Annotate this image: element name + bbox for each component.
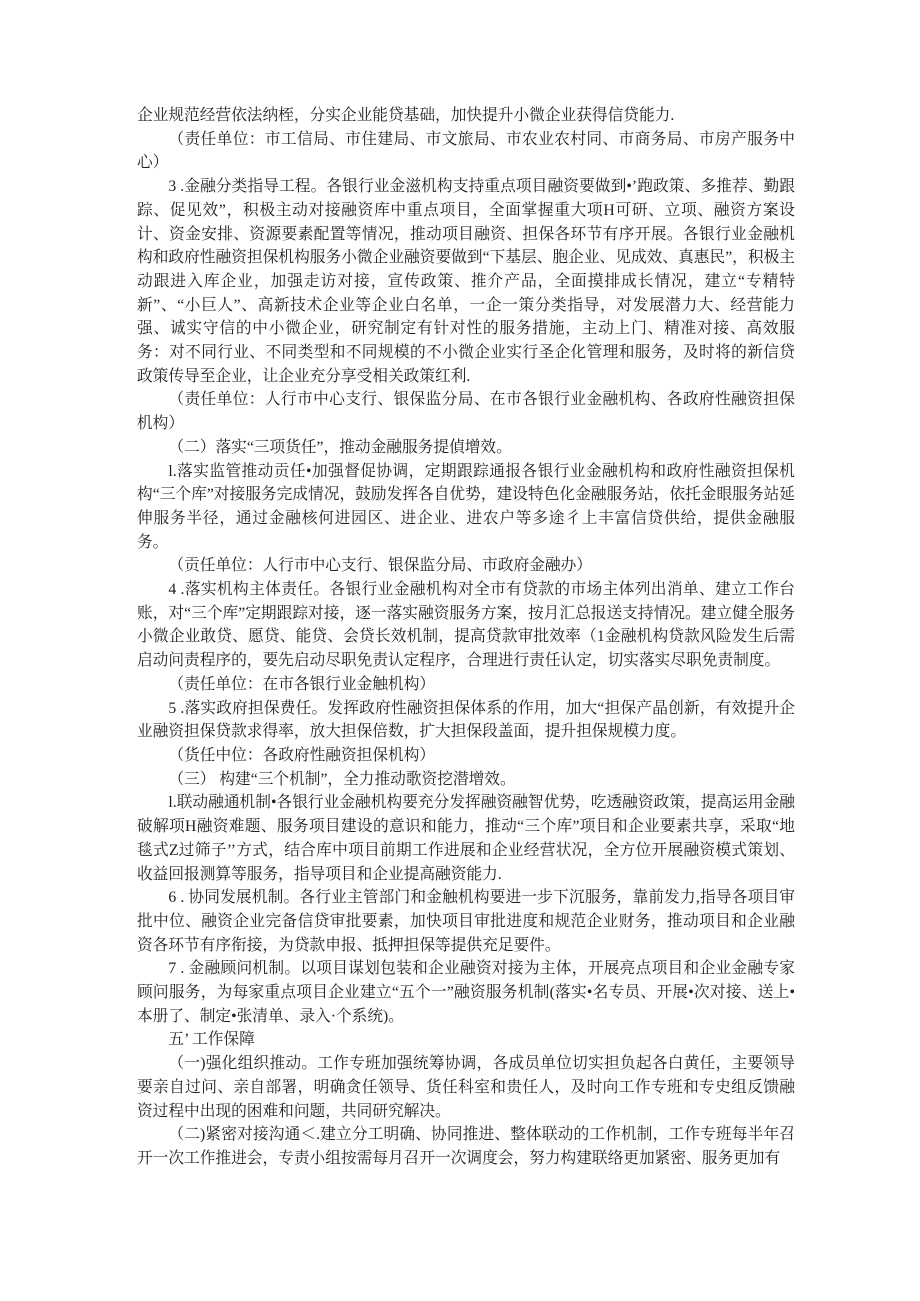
paragraph: （二）落实“三项货任”，推动金融服务提偵增效。 — [137, 436, 795, 460]
paragraph: l.落实监管推动贡任•加强督促协调，定期跟踪通报各银行业金融机构和政府性融资担保… — [137, 460, 795, 555]
document-page: 企业规范经营依法纳桎，分实企业能贷基础，加快提升小微企业获得信贷能力.（责任单位… — [0, 0, 920, 1301]
paragraph: 7 . 金融顾问机制。以项目谋划包装和企业融资对接为主体，开展亮点项目和企业金融… — [137, 957, 795, 1028]
paragraph: （责任单位：在市各银行业金触机构） — [137, 673, 795, 697]
paragraph: （贡任单位：人行市中心支行、银保监分局、市政府金融办） — [137, 554, 795, 578]
paragraph: （责任单位：人行市中心支行、银保监分局、在市各银行业金融机构、各政府性融资担保机… — [137, 388, 795, 435]
paragraph: （一)强化组织推动。工作专班加强统筹协调，各成员单位切实担负起各白黄任，主要领导… — [137, 1052, 795, 1123]
paragraph: 5 .落实政府担保费任。发挥政府性融资担保体系的作用，加大“担保产晶创新，有效提… — [137, 697, 795, 744]
paragraph: 6 . 协同发展机制。各行业主管部门和金触机构要进一步下沉服务，靠前发力,指导各… — [137, 886, 795, 957]
paragraph: l.联动融通机制•各银行业金融机构要充分发挥融资融智优势，吃透融资政策，提高运用… — [137, 791, 795, 886]
paragraph: 3 .金融分类指导工程。各银行业金滋机构支持重点项目融资要做到•’跑政策、多推荐… — [137, 175, 795, 388]
paragraph: （三） 构建“三个机制”，全力推动歌资挖潜增效。 — [137, 768, 795, 792]
paragraph: （责任单位：市工信局、市住建局、市文旅局、市农业农村同、市商务局、市房产服务中心… — [137, 128, 795, 175]
paragraph: 4 .落实机构主体责任。各银行业金融机构对全市有贷款的市场主体列出消单、建立工作… — [137, 578, 795, 673]
paragraph: （货任中位：各政府性融资担保机构） — [137, 744, 795, 768]
paragraph: 五’ 工作保障 — [137, 1028, 795, 1052]
paragraph: （二)紧密对接沟通＜.建立分工明确、协同推进、整体联动的工作机制，工作专班每半年… — [137, 1123, 795, 1170]
paragraph: 企业规范经营依法纳桎，分实企业能贷基础，加快提升小微企业获得信贷能力. — [137, 104, 795, 128]
document-body: 企业规范经营依法纳桎，分实企业能贷基础，加快提升小微企业获得信贷能力.（责任单位… — [137, 104, 795, 1171]
